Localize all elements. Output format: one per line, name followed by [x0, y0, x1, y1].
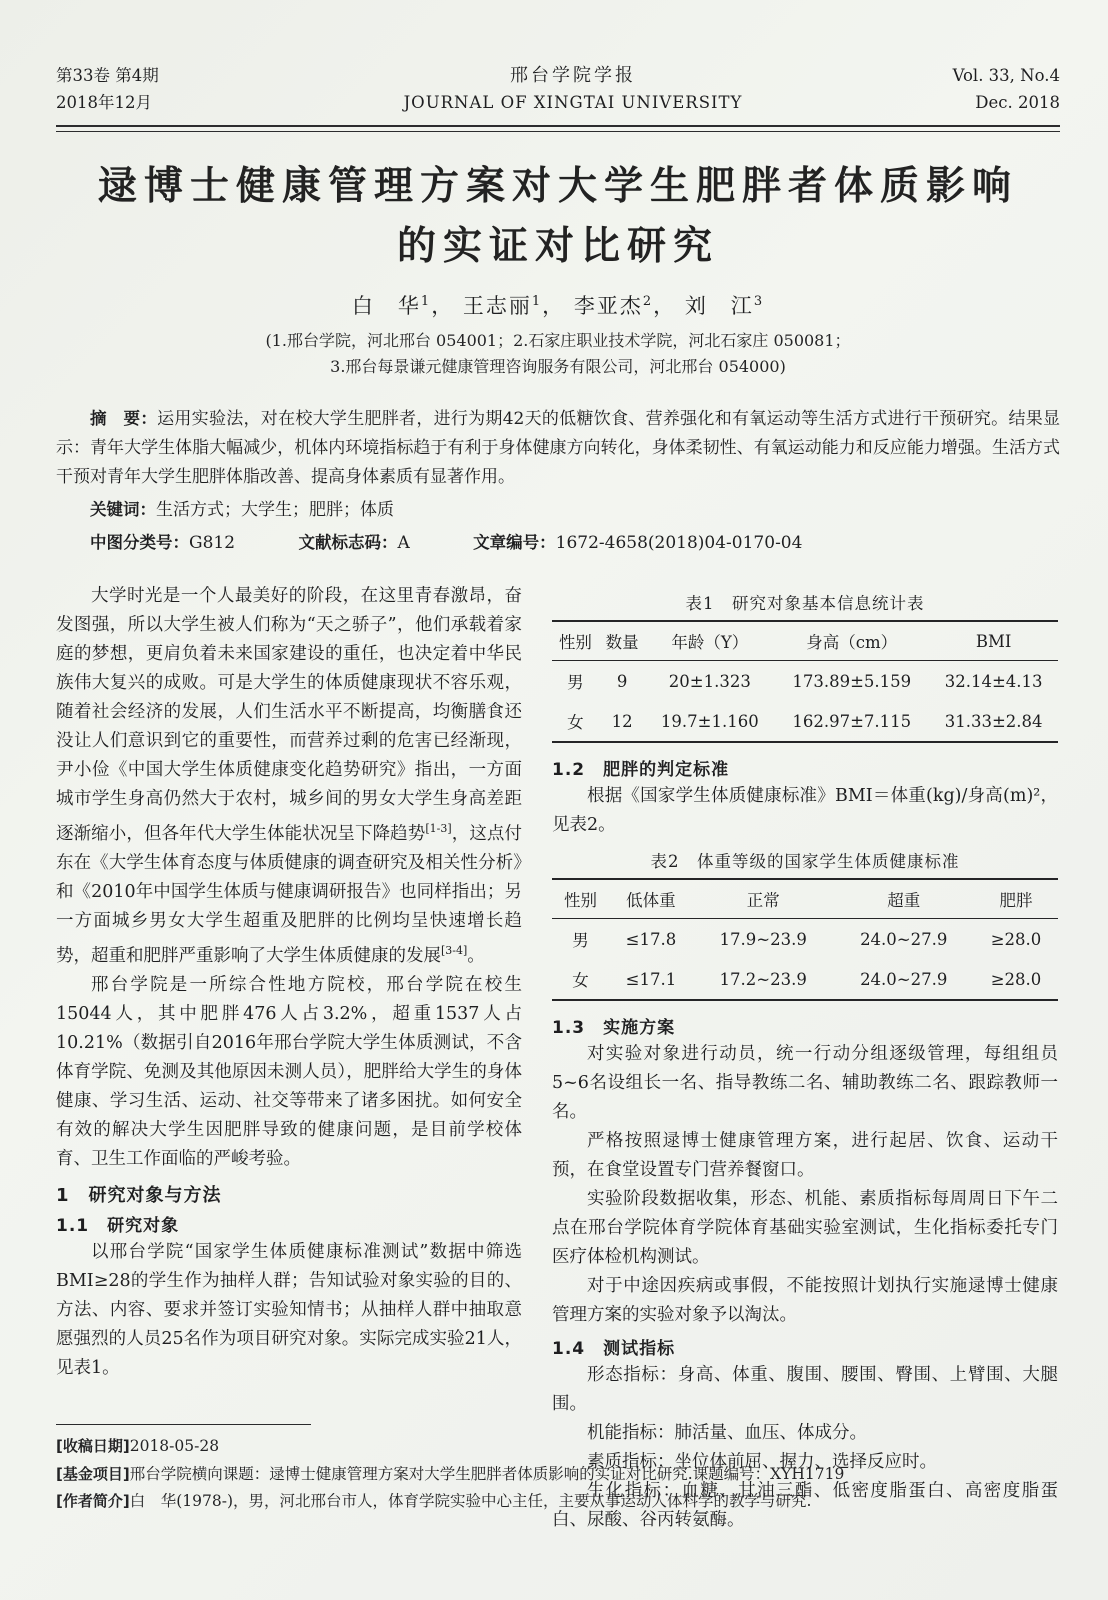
- articleno-value: 1672-4658(2018)04-0170-04: [556, 533, 803, 553]
- fund-project-line: [基金项目]邢台学院横向课题：逯博士健康管理方案对大学生肥胖者体质影响的实证对比…: [56, 1461, 1060, 1489]
- author-affil-sup: 2: [643, 294, 653, 309]
- footnote-divider: [56, 1424, 311, 1425]
- author: 王志丽1，: [463, 294, 565, 318]
- clc-value: G812: [189, 533, 235, 553]
- table-2-block: 表2 体重等级的国家学生体质健康标准 性别 低体重 正常 超重 肥胖: [552, 848, 1058, 1001]
- section-1-2-paragraph: 根据《国家学生体质健康标准》BMI＝体重(kg)/身高(m)²，见表2。: [552, 782, 1058, 840]
- clc-label: 中图分类号：: [90, 533, 189, 552]
- author: 白 华1，: [352, 294, 454, 318]
- author-bio-line: [作者简介]白 华(1978-)，男，河北邢台市人，体育学院实验中心主任，主要从…: [56, 1488, 1060, 1516]
- section-1-3-paragraph-4: 对于中途因疾病或事假，不能按照计划执行实施逯博士健康管理方案的实验对象予以淘汰。: [552, 1272, 1058, 1330]
- author-affil-sup: 3: [754, 294, 764, 309]
- doccode-value: A: [397, 533, 409, 553]
- volume-cn: 第33卷 第4期: [56, 62, 236, 89]
- journal-page: 第33卷 第4期 2018年12月 邢台学院学报 JOURNAL OF XING…: [0, 0, 1108, 1600]
- section-1-3-paragraph-2: 严格按照逯博士健康管理方案，进行起居、饮食、运动干预，在食堂设置专门营养餐窗口。: [552, 1127, 1058, 1185]
- author: 刘 江3: [685, 294, 764, 318]
- section-1-1-paragraph: 以邢台学院“国家学生体质健康标准测试”数据中筛选BMI≥28的学生作为抽样人群；…: [56, 1238, 522, 1383]
- citation-ref: [3-4]: [441, 944, 467, 957]
- intro-paragraph-1: 大学时光是一个人最美好的阶段，在这里青春激昂，奋发图强，所以大学生被人们称为“天…: [56, 582, 522, 971]
- abstract-text: 运用实验法，对在校大学生肥胖者，进行为期42天的低糖饮食、营养强化和有氧运动等生…: [56, 409, 1060, 487]
- section-1-4-paragraph-1: 形态指标：身高、体重、腹围、腰围、臀围、上臂围、大腿围。: [552, 1361, 1058, 1419]
- section-1-1-heading: 1.1 研究对象: [56, 1211, 522, 1236]
- author: 李亚杰2，: [574, 294, 676, 318]
- journal-name-en: JOURNAL OF XINGTAI UNIVERSITY: [236, 89, 910, 116]
- section-1-3-heading: 1.3 实施方案: [552, 1013, 1058, 1038]
- section-1-4-heading: 1.4 测试指标: [552, 1334, 1058, 1359]
- date-cn: 2018年12月: [56, 89, 236, 116]
- body-columns: 大学时光是一个人最美好的阶段，在这里青春激昂，奋发图强，所以大学生被人们称为“天…: [56, 582, 1060, 1535]
- articleno-label: 文章编号：: [473, 533, 556, 552]
- intro-paragraph-2: 邢台学院是一所综合性地方院校，邢台学院在校生15044人，其中肥胖476人占3.…: [56, 971, 522, 1174]
- abstract-block: 摘 要：运用实验法，对在校大学生肥胖者，进行为期42天的低糖饮食、营养强化和有氧…: [56, 404, 1060, 492]
- table-1-header-row: 性别 数量 年龄（Y） 身高（cm） BMI: [552, 621, 1058, 661]
- article-title-line2: 的实证对比研究: [56, 216, 1060, 276]
- date-en: Dec. 2018: [910, 89, 1060, 116]
- left-column: 大学时光是一个人最美好的阶段，在这里青春激昂，奋发图强，所以大学生被人们称为“天…: [56, 582, 522, 1535]
- masthead-issue-block: Vol. 33, No.4 Dec. 2018: [910, 62, 1060, 116]
- journal-masthead: 第33卷 第4期 2018年12月 邢台学院学报 JOURNAL OF XING…: [56, 62, 1060, 116]
- doccode-label: 文献标志码：: [298, 533, 397, 552]
- keywords-text: 生活方式；大学生；肥胖；体质: [156, 500, 394, 520]
- table-row: 女 ≤17.1 17.2~23.9 24.0~27.9 ≥28.0: [552, 959, 1058, 1000]
- section-1-3-paragraph-3: 实验阶段数据收集，形态、机能、素质指标每周周日下午二点在邢台学院体育学院体育基础…: [552, 1185, 1058, 1272]
- author-affil-sup: 1: [532, 294, 542, 309]
- footnote-block: [收稿日期]2018-05-28 [基金项目]邢台学院横向课题：逯博士健康管理方…: [56, 1424, 1060, 1516]
- affiliations: (1.邢台学院，河北邢台 054001；2.石家庄职业技术学院，河北石家庄 05…: [56, 328, 1060, 380]
- masthead-divider: [56, 125, 1060, 132]
- section-1-2-heading: 1.2 肥胖的判定标准: [552, 755, 1058, 780]
- author-line: 白 华1， 王志丽1， 李亚杰2， 刘 江3: [56, 290, 1060, 320]
- masthead-volume-block: 第33卷 第4期 2018年12月: [56, 62, 236, 116]
- abstract-label: 摘 要：: [90, 409, 157, 428]
- volume-en: Vol. 33, No.4: [910, 62, 1060, 89]
- received-date-line: [收稿日期]2018-05-28: [56, 1433, 1060, 1461]
- keywords-label: 关键词：: [90, 500, 156, 519]
- journal-name-cn: 邢台学院学报: [236, 62, 910, 89]
- masthead-title-block: 邢台学院学报 JOURNAL OF XINGTAI UNIVERSITY: [236, 62, 910, 116]
- article-title-line1: 逯博士健康管理方案对大学生肥胖者体质影响: [56, 156, 1060, 216]
- table-row: 男 ≤17.8 17.9~23.9 24.0~27.9 ≥28.0: [552, 919, 1058, 960]
- table-1-caption: 表1 研究对象基本信息统计表: [552, 590, 1058, 614]
- article-title: 逯博士健康管理方案对大学生肥胖者体质影响 的实证对比研究: [56, 156, 1060, 276]
- table-2: 性别 低体重 正常 超重 肥胖 男 ≤17.8 17.9~23.9 24.0~2: [552, 878, 1058, 1001]
- affiliation-line2: 3.邢台每景谦元健康管理咨询服务有限公司，河北邢台 054000): [56, 354, 1060, 380]
- author-affil-sup: 1: [421, 294, 431, 309]
- table-2-header-row: 性别 低体重 正常 超重 肥胖: [552, 879, 1058, 919]
- right-column: 表1 研究对象基本信息统计表 性别 数量 年龄（Y） 身高（cm） BMI: [552, 582, 1058, 1535]
- classification-line: 中图分类号：G812 文献标志码：A 文章编号：1672-4658(2018)0…: [56, 528, 1060, 558]
- table-row: 男 9 20±1.323 173.89±5.159 32.14±4.13: [552, 661, 1058, 702]
- section-1-heading: 1 研究对象与方法: [56, 1181, 522, 1207]
- keywords-line: 关键词：生活方式；大学生；肥胖；体质: [56, 495, 1060, 525]
- table-row: 女 12 19.7±1.160 162.97±7.115 31.33±2.84: [552, 701, 1058, 742]
- section-1-3-paragraph-1: 对实验对象进行动员，统一行动分组逐级管理，每组组员5~6名设组长一名、指导教练二…: [552, 1040, 1058, 1127]
- citation-ref: [1-3]: [425, 822, 451, 835]
- table-2-caption: 表2 体重等级的国家学生体质健康标准: [552, 848, 1058, 872]
- affiliation-line1: (1.邢台学院，河北邢台 054001；2.石家庄职业技术学院，河北石家庄 05…: [56, 328, 1060, 354]
- table-1-block: 表1 研究对象基本信息统计表 性别 数量 年龄（Y） 身高（cm） BMI: [552, 590, 1058, 743]
- table-1: 性别 数量 年龄（Y） 身高（cm） BMI 男 9 20±1.323 173.: [552, 620, 1058, 743]
